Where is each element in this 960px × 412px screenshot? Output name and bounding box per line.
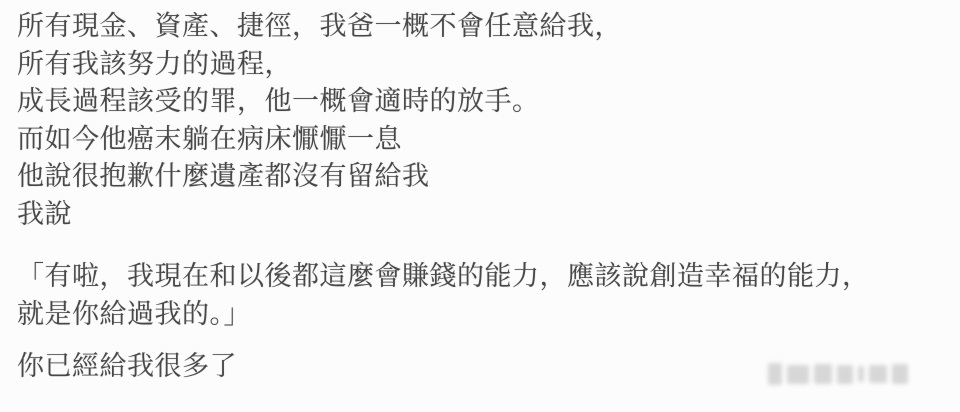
post-paragraph-body: 所有現金、資產、捷徑，我爸一概不會任意給我， 所有我該努力的過程， 成長過程該受… [17,8,940,233]
post-line: 就是你給過我的。」 [17,296,940,334]
watermark-glyph [892,364,908,384]
post-line: 我說 [17,196,940,234]
post-line: 所有我該努力的過程， [17,46,940,84]
watermark-glyph [869,365,887,383]
watermark-glyph [768,363,782,385]
post-paragraph-quote: 「有啦，我現在和以後都這麼會賺錢的能力，應該說創造幸福的能力， 就是你給過我的。… [17,258,940,333]
post-line: 「有啦，我現在和以後都這麼會賺錢的能力，應該說創造幸福的能力， [17,258,940,296]
post-line: 成長過程該受的罪，他一概會適時的放手。 [17,83,940,121]
watermark-glyph [837,365,853,384]
watermark-glyph [814,364,832,384]
post-line: 他說很抱歉什麼遺產都沒有留給我 [17,158,940,196]
post-page: 所有現金、資產、捷徑，我爸一概不會任意給我， 所有我該努力的過程， 成長過程該受… [0,0,960,412]
blurred-watermark [768,360,938,388]
post-line: 所有現金、資產、捷徑，我爸一概不會任意給我， [17,8,940,46]
watermark-glyph [787,365,809,384]
watermark-glyph [858,366,864,382]
post-line: 而如今他癌末躺在病床懨懨一息 [17,121,940,159]
